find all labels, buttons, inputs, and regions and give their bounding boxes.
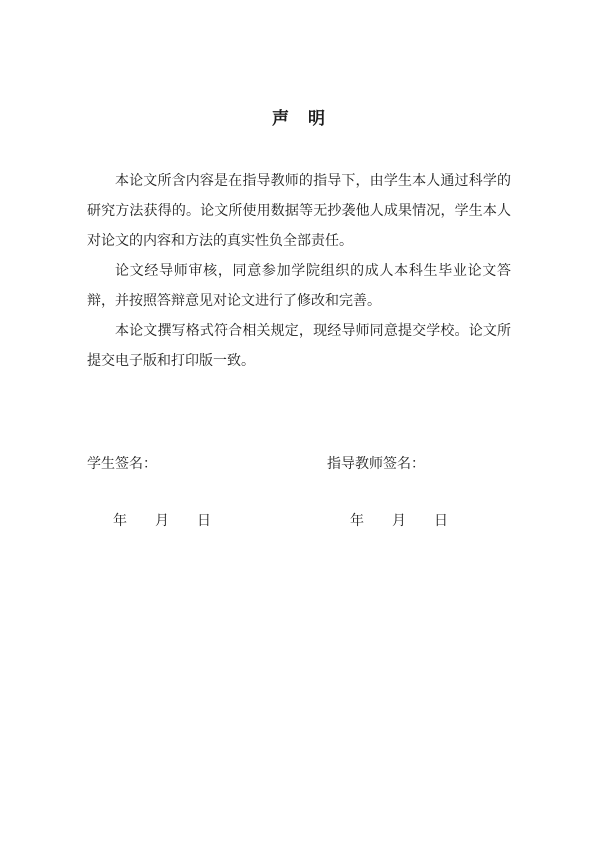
- declaration-paragraph-3: 本论文撰写格式符合相关规定，现经导师同意提交学校。论文所提交电子版和打印版一致。: [87, 317, 511, 377]
- page-title: 声 明: [87, 0, 511, 127]
- signature-row: 学生签名： 指导教师签名：: [87, 450, 511, 480]
- declaration-paragraph-2: 论文经导师审核，同意参加学院组织的成人本科生毕业论文答辩，并按照答辩意见对论文进…: [87, 257, 511, 317]
- date-row: 年 月 日 年 月 日: [87, 507, 511, 537]
- declaration-body: 本论文所含内容是在指导教师的指导下，由学生本人通过科学的研究方法获得的。论文所使…: [87, 167, 511, 377]
- advisor-signature-label: 指导教师签名：: [327, 450, 511, 480]
- student-signature-label: 学生签名：: [87, 450, 327, 480]
- advisor-date-line: 年 月 日: [327, 507, 511, 537]
- declaration-paragraph-1: 本论文所含内容是在指导教师的指导下，由学生本人通过科学的研究方法获得的。论文所使…: [87, 167, 511, 257]
- student-date-line: 年 月 日: [87, 507, 327, 537]
- document-page: 声 明 本论文所含内容是在指导教师的指导下，由学生本人通过科学的研究方法获得的。…: [0, 0, 595, 842]
